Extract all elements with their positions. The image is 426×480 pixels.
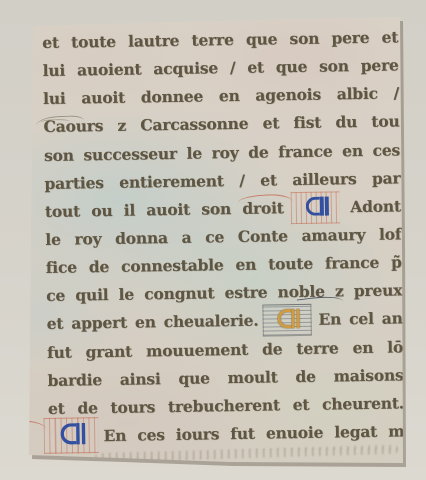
- pilcrow-mark: [296, 196, 338, 217]
- pilcrow-bars: [291, 309, 295, 328]
- script-text: parties entierement / et ailleurs par: [44, 168, 400, 193]
- script-text: En ces iours fut enuoie legat m: [92, 421, 404, 445]
- pilcrow-bowl: [306, 197, 320, 216]
- script-text: fice de connestable en toute france p̃: [46, 253, 402, 278]
- script-text: Adont: [339, 196, 401, 216]
- script-text: bardie ainsi que moult de maisons: [47, 365, 403, 390]
- pilcrow-bowl: [60, 423, 76, 445]
- script-text: En cel an: [310, 309, 402, 329]
- script-text: son successeur le roy de france en ces: [44, 140, 400, 165]
- parchment-fragment: et toute lautre terre que son pere etlui…: [0, 0, 426, 480]
- script-text: lui auoit donnee en agenois albic /: [43, 84, 399, 109]
- pilcrow-bars: [320, 196, 324, 215]
- text-block: et toute lautre terre que son pere etlui…: [42, 23, 405, 451]
- pilcrow-bars: [76, 423, 80, 444]
- script-text: fut grant mouuement de terre en lō: [47, 337, 403, 362]
- penwork-trail: [0, 420, 46, 430]
- script-text: lui auoient acquise / et que son pere: [43, 56, 399, 81]
- script-text: Caours z Carcassonne et fist du tou: [43, 112, 399, 137]
- script-text: et toute lautre terre que son pere et: [42, 27, 398, 52]
- script-text: et appert en cheualerie.: [46, 311, 266, 333]
- pilcrow-mark: [267, 309, 309, 330]
- script-text: ce quil le congnut estre noble z preux: [46, 281, 402, 306]
- script-text: le roy donna a ce Conte amaury lof: [45, 224, 401, 249]
- penwork-trail: [238, 194, 293, 203]
- pilcrow-mark: [49, 423, 96, 446]
- script-text: et de tours trebucherent et cheurent.: [48, 393, 404, 418]
- manuscript-photo: et toute lautre terre que son pere etlui…: [0, 0, 426, 480]
